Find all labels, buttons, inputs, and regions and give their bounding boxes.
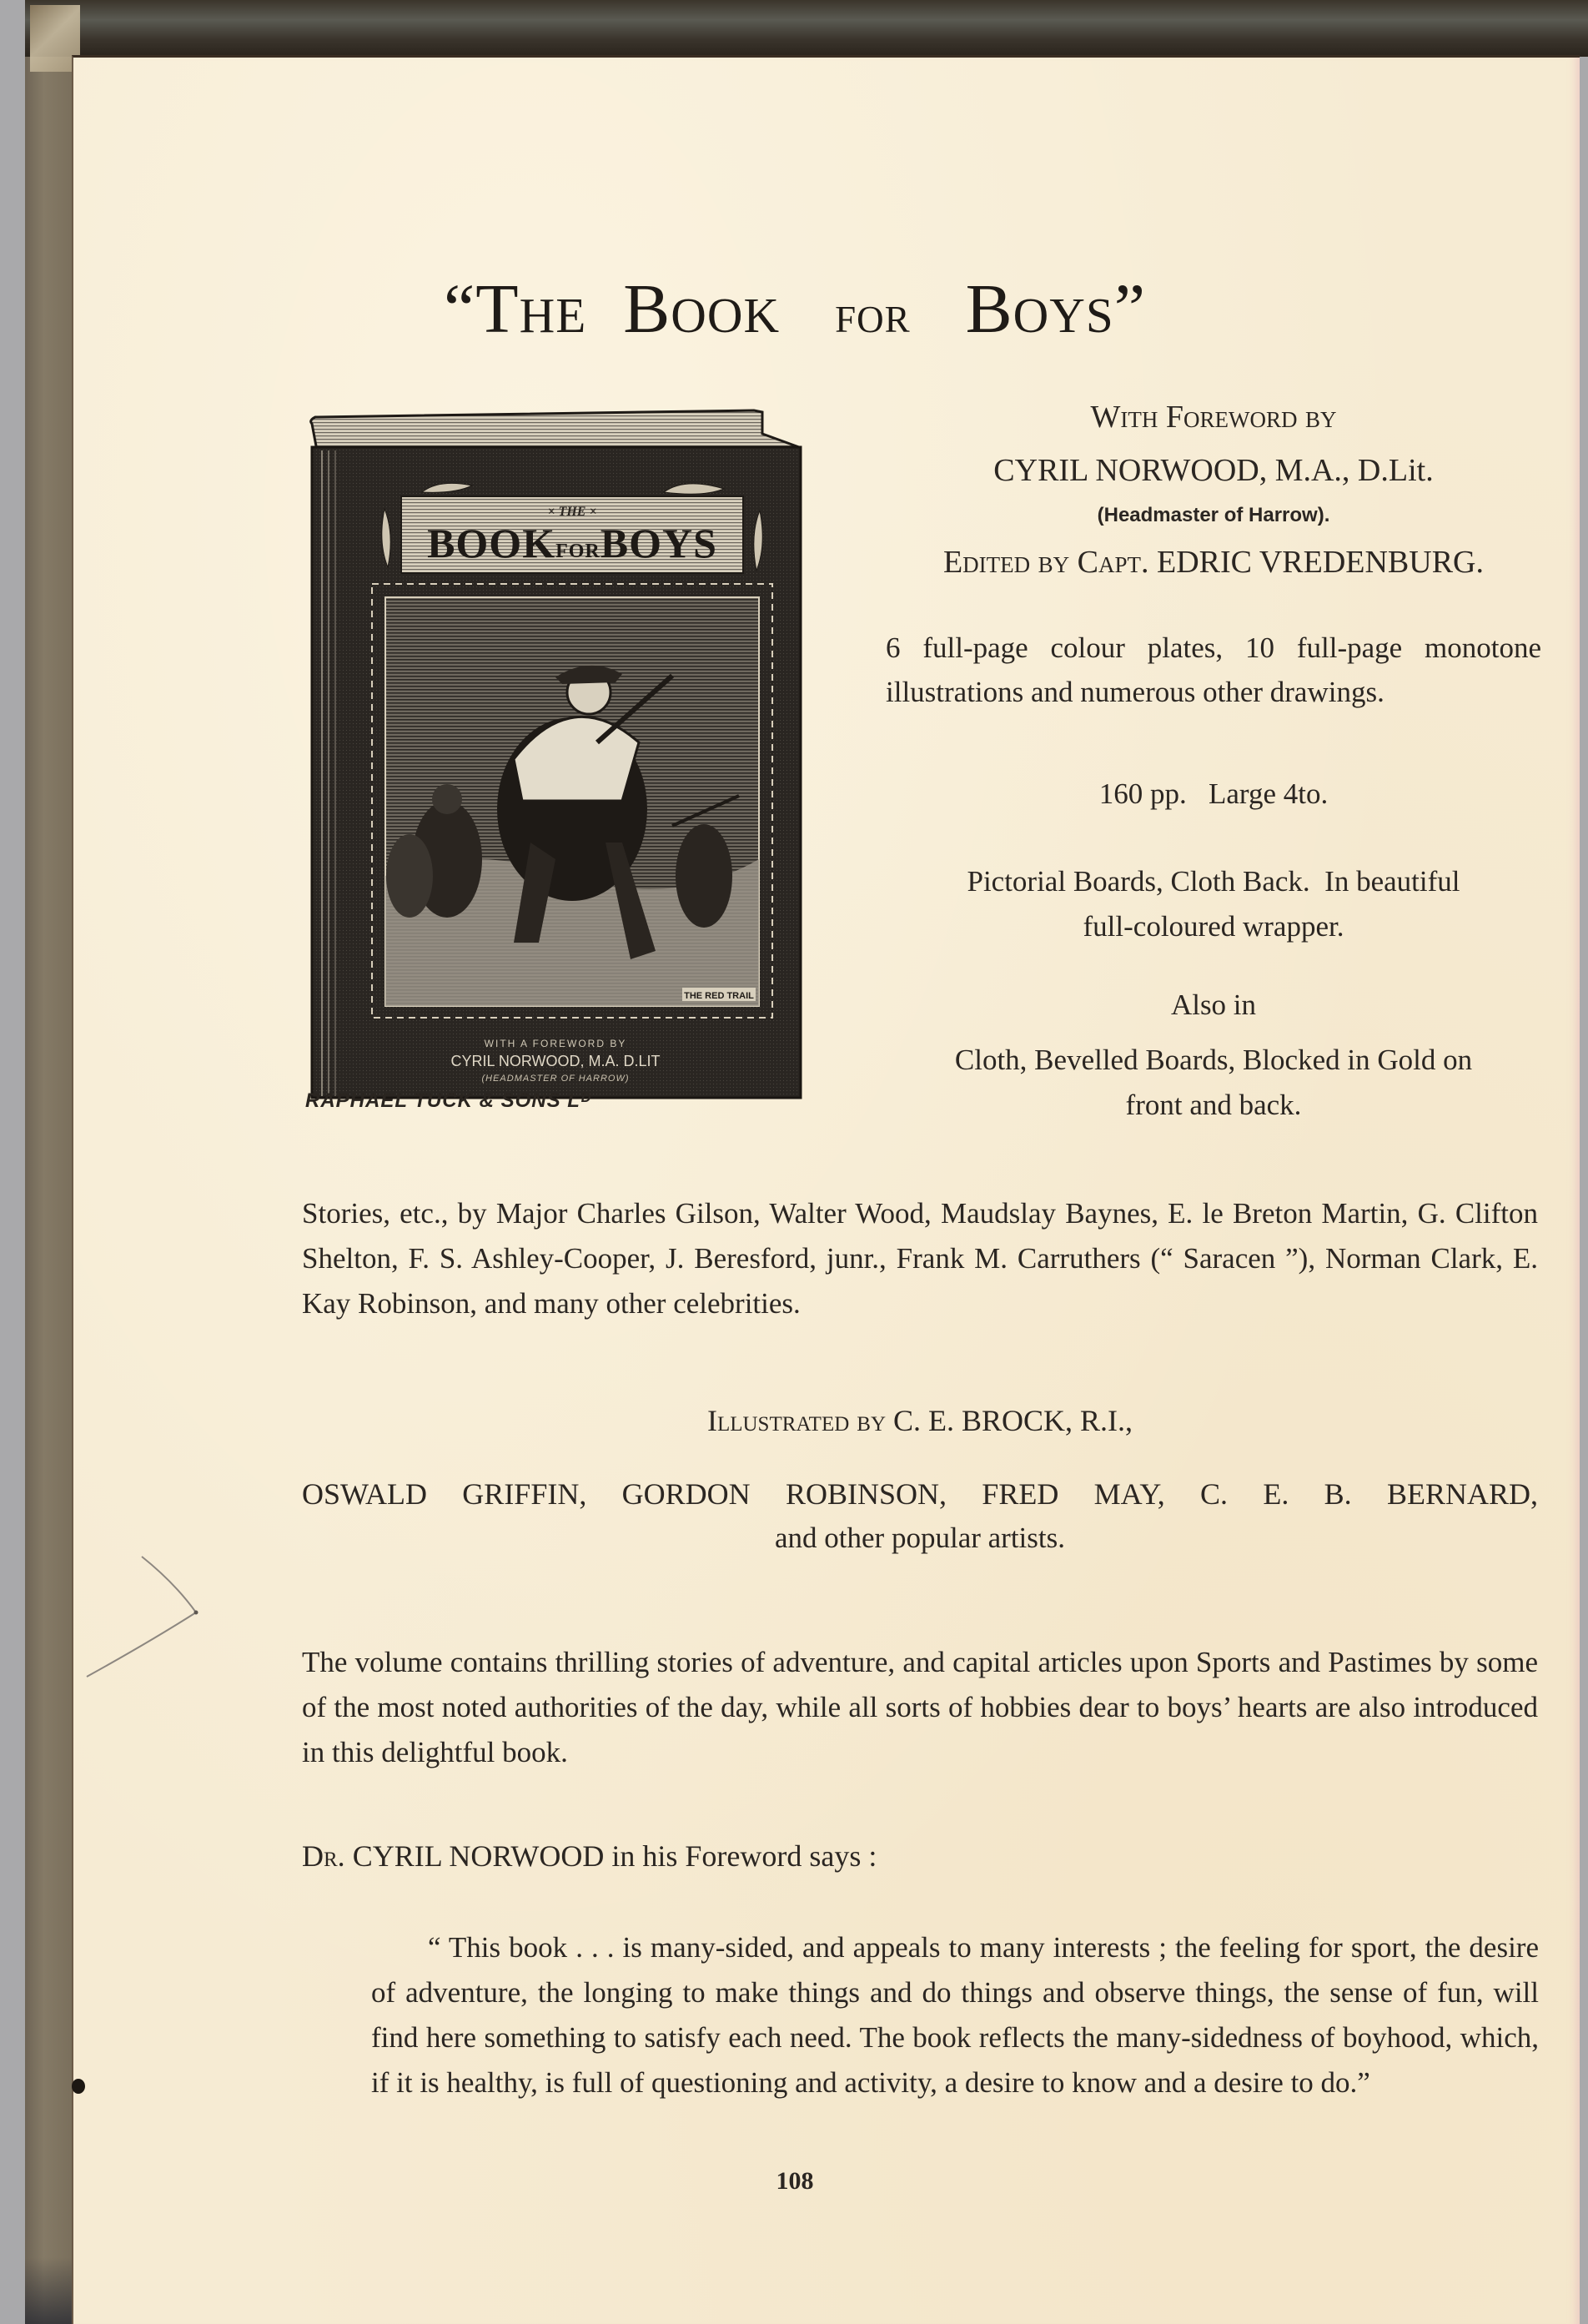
also-in-label: Also in [886,983,1541,1027]
title-word-book: Book [623,270,780,348]
svg-text:(HEADMASTER OF HARROW): (HEADMASTER OF HARROW) [481,1074,629,1084]
alt-binding-line-1: Cloth, Bevelled Boards, Blocked in Gold … [886,1038,1541,1082]
page-number: 108 [0,2167,1588,2196]
edited-by-line: Edited by Capt. EDRIC VREDENBURG. [886,544,1541,581]
illustrated-by-line: Illustrated by C. E. BROCK, R.I., [302,1403,1538,1438]
book-engraving-image: × THE × BOOKFORBOYS THE RED TRAIL WITH A… [305,409,809,1101]
foreword-intro-name: CYRIL NORWOOD [353,1839,605,1873]
foreword-author-role: (Headmaster of Harrow). [886,504,1541,527]
title-word-boys: Boys [966,270,1114,348]
contributors-paragraph: Stories, etc., by Major Charles Gilson, … [302,1191,1538,1326]
pages-and-size: 160 pp. Large 4to. [886,772,1541,816]
edited-by-label: Edited by Capt. [943,545,1149,580]
svg-text:WITH A FOREWORD BY: WITH A FOREWORD BY [485,1038,627,1049]
other-illustrators: OSWALD GRIFFIN, GORDON ROBINSON, FRED MA… [302,1476,1538,1512]
foreword-intro-prefix: Dr. [302,1839,345,1873]
binding-line-1: Pictorial Boards, Cloth Back. In beautif… [886,859,1541,903]
pencil-bracket-mark [83,1533,217,1683]
publisher-credit: RAPHAEL TUCK & SONS Lᴰ [305,1089,591,1113]
foreword-label: With Foreword by [886,399,1541,435]
foreword-author: CYRIL NORWOOD, M.A., D.Lit. [886,452,1541,489]
illustrated-by-label: Illustrated by [707,1404,886,1437]
cover-caption: THE RED TRAIL [684,991,754,1001]
illustrators-closing: and other popular artists. [302,1522,1538,1555]
editor-name: EDRIC VREDENBURG. [1157,545,1484,580]
alt-binding-line-2: front and back. [886,1083,1541,1127]
plates-description: 6 full-page colour plates, 10 full-page … [886,626,1541,714]
lead-illustrator: C. E. BROCK, R.I., [893,1404,1133,1437]
foreword-intro-rest: in his Foreword says : [611,1839,877,1873]
title-close-quote: ” [1114,270,1146,348]
svg-text:× THE ×: × THE × [547,505,596,519]
title-word-the: The [475,270,586,348]
foreword-intro: Dr. CYRIL NORWOOD in his Foreword says : [302,1839,877,1874]
ink-spot [72,2079,85,2094]
foreword-quote: “ This book . . . is many-sided, and app… [371,1925,1539,2105]
board-shadow [25,2257,72,2324]
title-word-for: for [835,284,911,344]
book-cover-illustration: × THE × BOOKFORBOYS THE RED TRAIL WITH A… [305,409,809,1101]
binding-line-2: full-coloured wrapper. [886,904,1541,948]
book-binding-top-edge [25,0,1588,57]
volume-description: The volume contains thrilling stories of… [302,1640,1538,1775]
svg-text:CYRIL NORWOOD, M.A. D.LIT: CYRIL NORWOOD, M.A. D.LIT [450,1053,660,1069]
title-open-quote: “ [444,270,475,348]
page-title: “The Book for Boys” [0,269,1588,350]
